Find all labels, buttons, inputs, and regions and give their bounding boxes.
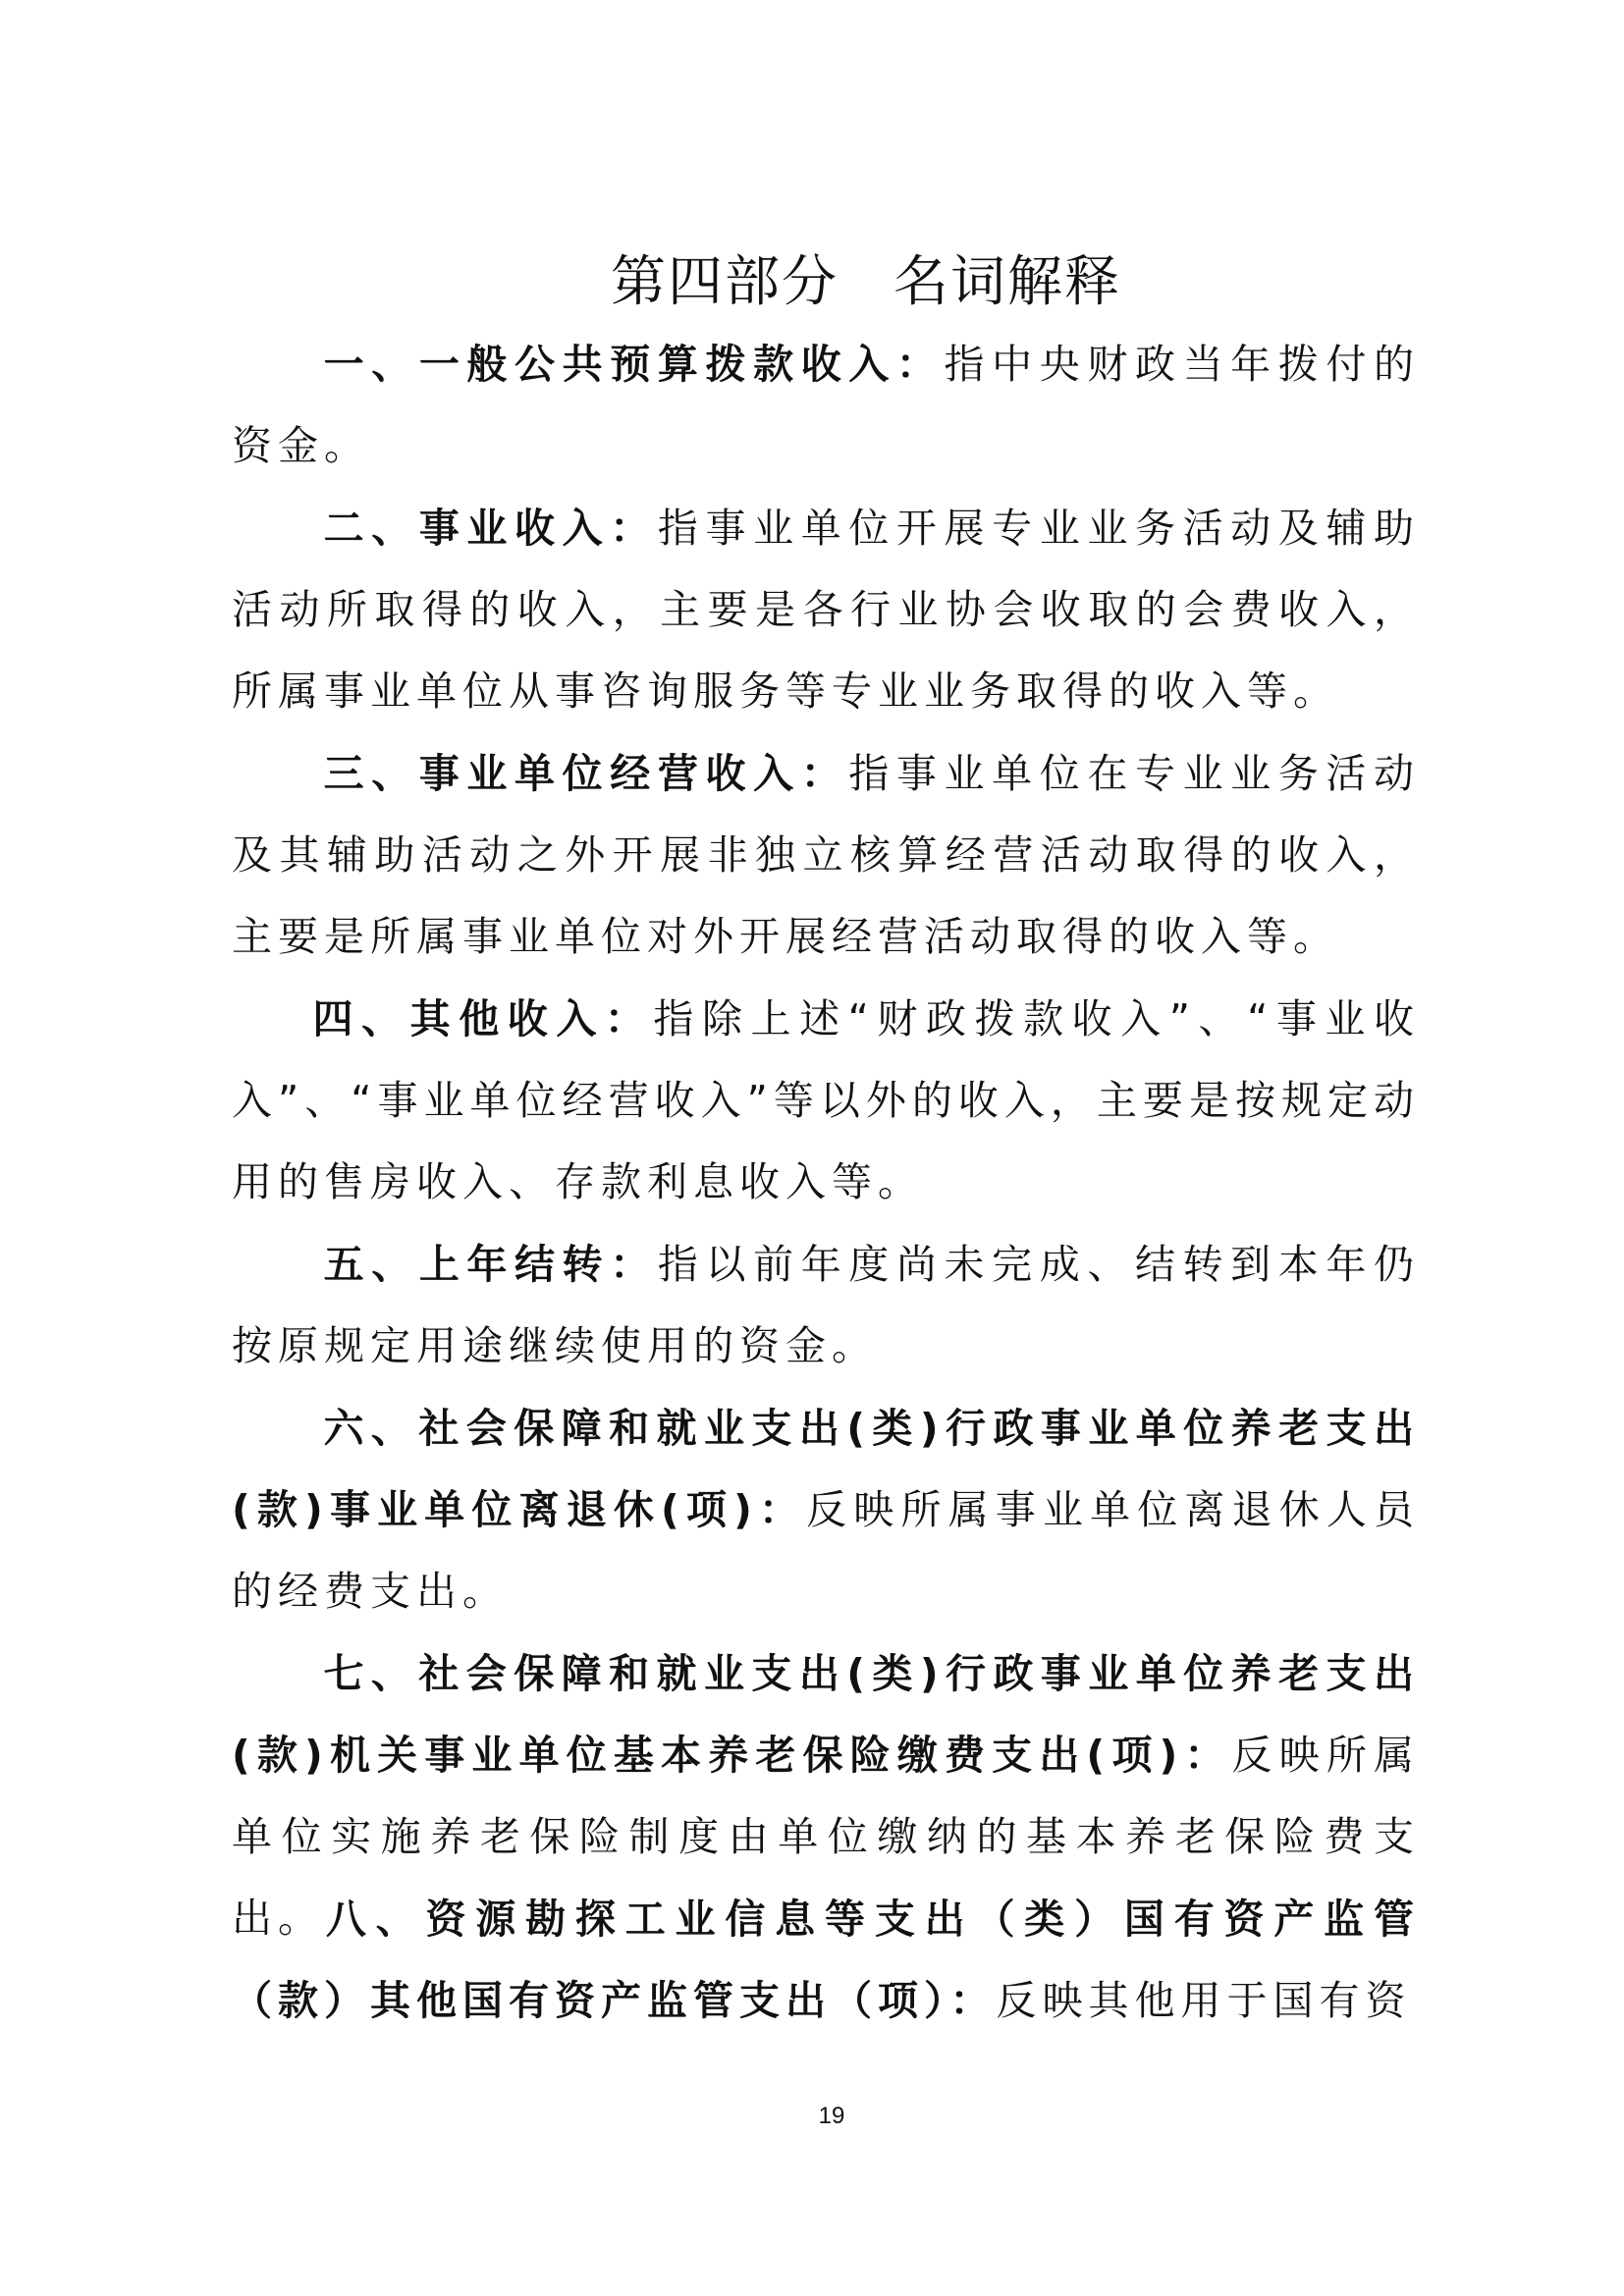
definition-paragraph-4: 四、其他收入：指除上述“财政拨款收入”、“事业收入”、“事业单位经营收入”等以外… — [232, 979, 1420, 1223]
page-title-subject: 名词解释 — [893, 250, 1121, 314]
term-label: 一、一般公共预算拨款收入： — [322, 341, 945, 388]
term-label: 二、事业收入： — [322, 505, 658, 552]
definition-paragraph-1: 一、一般公共预算拨款收入：指中央财政当年拨付的资金。 — [232, 324, 1420, 487]
definition-paragraph-5: 五、上年结转：指以前年度尚未完成、结转到本年仍按原规定用途继续使用的资金。 — [232, 1224, 1420, 1387]
definition-paragraph-2: 二、事业收入：指事业单位开展专业业务活动及辅助活动所取得的收入，主要是各行业协会… — [232, 488, 1420, 732]
term-label: 四、其他收入： — [310, 995, 653, 1042]
definition-paragraph-3: 三、事业单位经营收入：指事业单位在专业业务活动及其辅助活动之外开展非独立核算经营… — [232, 733, 1420, 978]
definition-paragraph-8: 八、资源勘探工业信息等支出（类）国有资产监管（款）其他国有资产监管支出（项）：反… — [232, 1879, 1420, 2042]
definition-paragraph-6: 六、社会保障和就业支出(类)行政事业单位养老支出(款)事业单位离退休(项)：反映… — [232, 1388, 1420, 1632]
term-label: 五、上年结转： — [322, 1241, 658, 1288]
term-definition: 反映其他用于国有资 — [997, 1977, 1412, 2024]
page-title: 第四部分名词解释 — [0, 248, 1624, 317]
term-label: 三、事业单位经营收入： — [322, 750, 848, 797]
page-title-part: 第四部分 — [611, 250, 839, 314]
page-number: 19 — [0, 2102, 1624, 2131]
